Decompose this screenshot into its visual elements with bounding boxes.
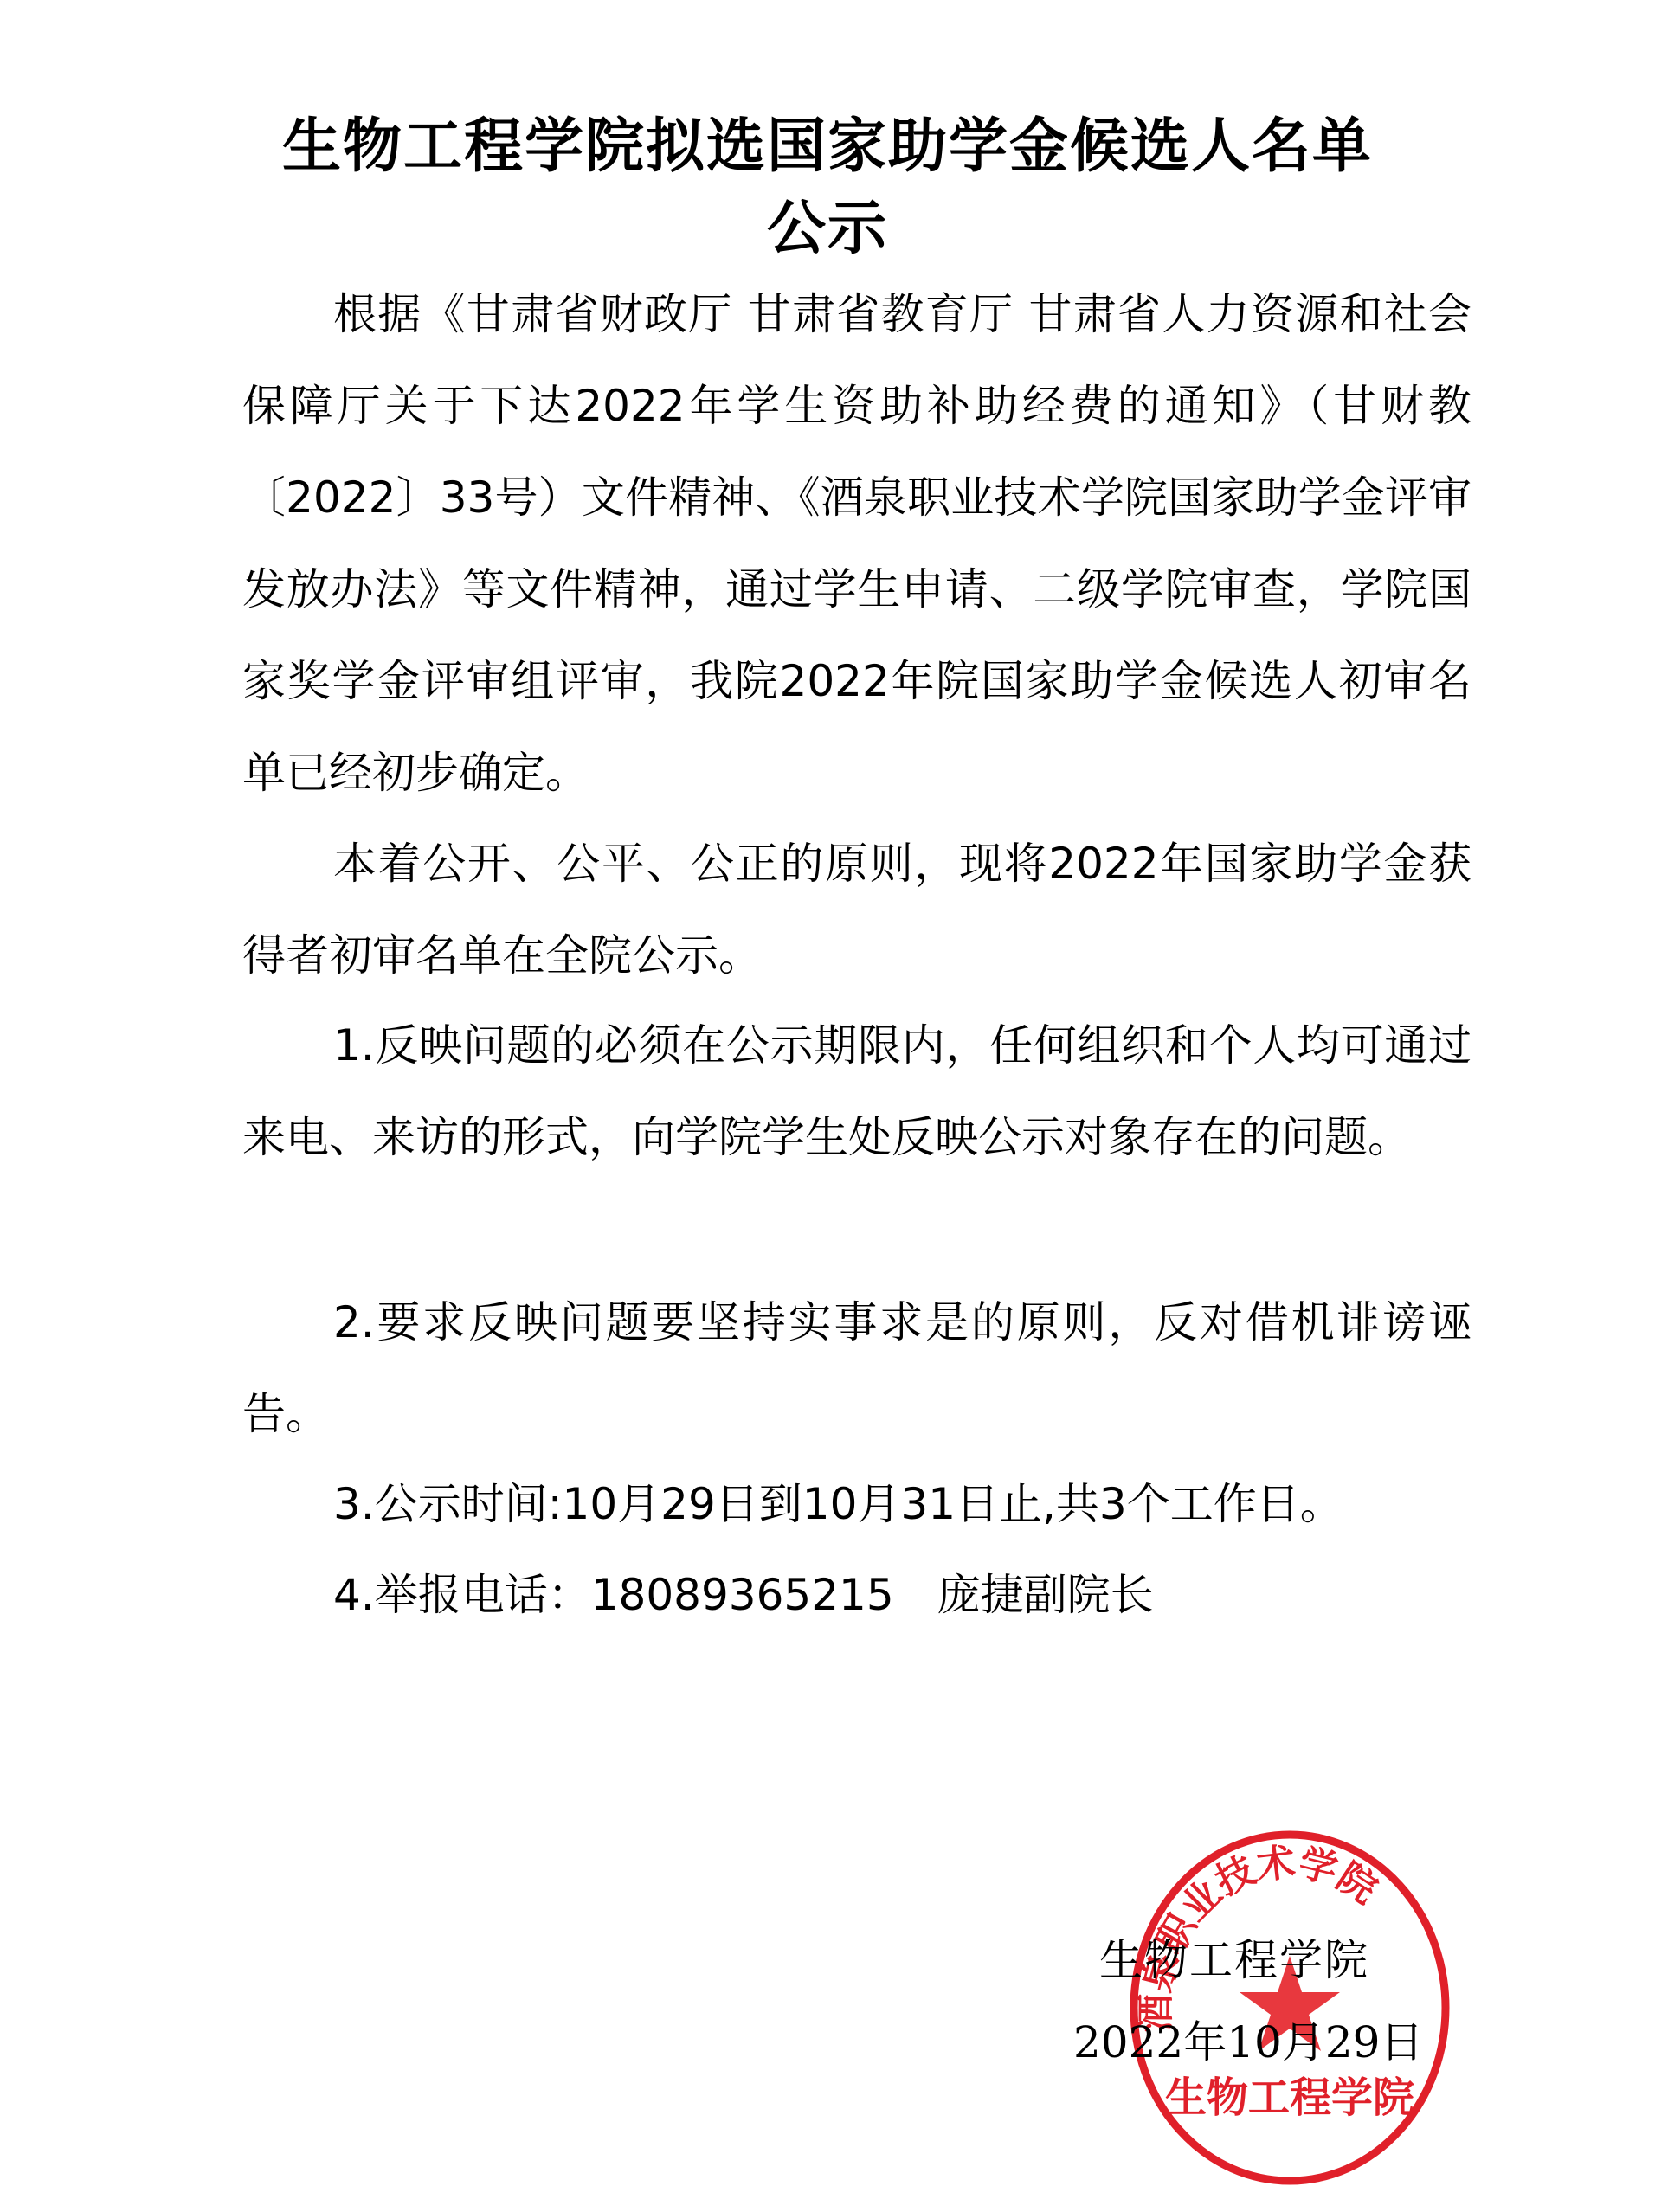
paragraph-item-3: 3.公示时间:10月29日到10月31日止,共3个工作日。	[242, 1458, 1471, 1550]
paragraph-item-2: 2.要求反映问题要坚持实事求是的原则，反对借机诽谤诬告。	[242, 1276, 1471, 1460]
paragraph-item-4: 4.举报电话：18089365215 庞捷副院长	[242, 1549, 1471, 1641]
signature-organization: 生物工程学院	[1099, 1926, 1369, 1988]
signature-date: 2022年10月29日	[1073, 2008, 1424, 2070]
document-title: 生物工程学院拟选国家助学金候选人名单	[0, 100, 1655, 183]
paragraph-basis: 根据《甘肃省财政厅 甘肃省教育厅 甘肃省人力资源和社会保障厅关于下达2022年学…	[242, 268, 1471, 819]
paragraph-principle: 本着公开、公平、公正的原则，现将2022年国家助学金获得者初审名单在全院公示。	[242, 818, 1471, 1001]
svg-text:生物工程学院: 生物工程学院	[1165, 2074, 1414, 2122]
document-title-line2: 公示	[0, 182, 1655, 266]
paragraph-item-1: 1.反映问题的必须在公示期限内，任何组织和个人均可通过来电、来访的形式，向学院学…	[242, 1000, 1471, 1183]
